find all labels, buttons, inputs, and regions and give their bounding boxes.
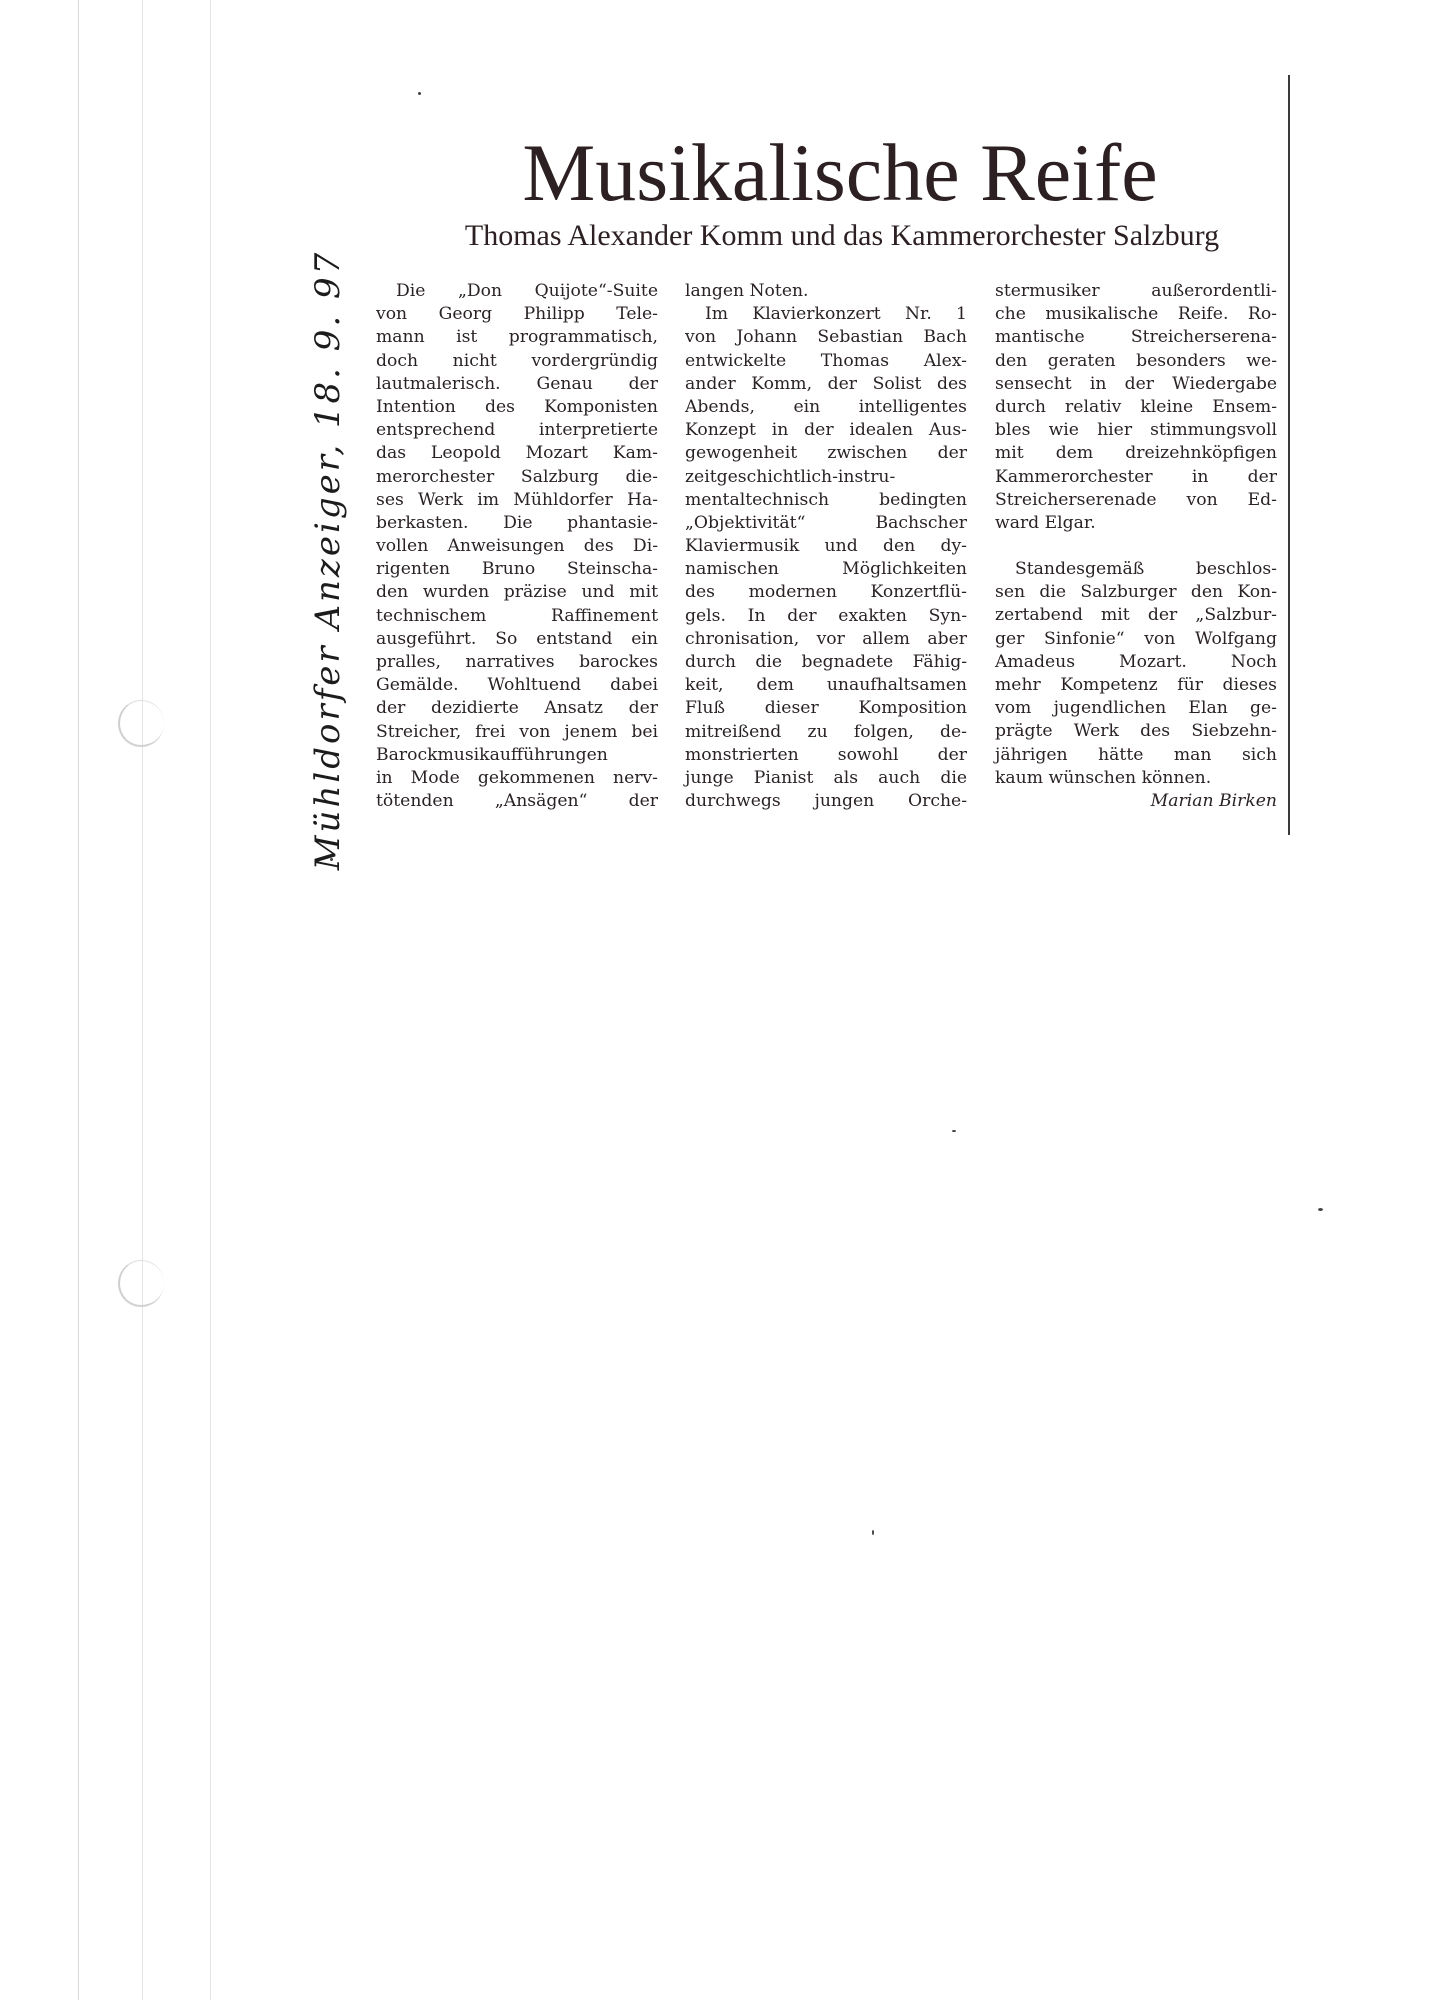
text-line: ward Elgar. [995,512,1277,535]
text-line: keit, dem unaufhaltsamen [685,674,967,697]
text-line: bles wie hier stimmungsvoll [995,419,1277,442]
text-line: tötenden „Ansägen“ der [376,790,658,813]
speck [418,92,421,95]
punch-hole [118,700,164,747]
text-line: lautmalerisch. Genau der [376,373,658,396]
text-line: Im Klavierkonzert Nr. 1 [685,303,967,326]
article-column-1: Die „Don Quijote“-Suite von Georg Philip… [376,280,658,813]
text-line: Abends, ein intelligentes [685,396,967,419]
text-line: jährigen hätte man sich [995,744,1277,767]
column-rule [1288,75,1290,835]
text-line: kaum wünschen können. [995,767,1277,790]
text-line: Gemälde. Wohltuend dabei [376,674,658,697]
text-line: Intention des Komponisten [376,396,658,419]
scan-edge-line [78,0,79,2000]
subheadline: Thomas Alexander Komm und das Kammerorch… [366,218,1318,254]
speck [1318,1208,1323,1211]
text-line: langen Noten. [685,280,967,303]
text-line: Streicherserenade von Ed- [995,489,1277,512]
punch-hole [118,1260,164,1307]
text-line: vollen Anweisungen des Di- [376,535,658,558]
paragraph-gap [995,535,1277,558]
text-line: chronisation, vor allem aber [685,628,967,651]
text-line: sensecht in der Wiedergabe [995,373,1277,396]
text-line: durch relativ kleine Ensem- [995,396,1277,419]
text-line: junge Pianist als auch die [685,767,967,790]
text-line: Kammerorchester in der [995,466,1277,489]
text-line: durch die begnadete Fähig- [685,651,967,674]
text-line: Fluß dieser Komposition [685,697,967,720]
text-line: mann ist programmatisch, [376,326,658,349]
text-line: ses Werk im Mühldorfer Ha- [376,489,658,512]
text-line: Barockmusikaufführungen [376,744,658,767]
text-line: Amadeus Mozart. Noch [995,651,1277,674]
text-line: rigenten Bruno Steinscha- [376,558,658,581]
speck [872,1530,874,1535]
text-line: Streicher, frei von jenem bei [376,721,658,744]
speck [952,1130,956,1132]
text-line: mit dem dreizehnköpfigen [995,442,1277,465]
text-line: den geraten besonders we- [995,350,1277,373]
headline: Musikalische Reife [360,128,1320,218]
scan-edge-line [142,0,143,2000]
text-line: der dezidierte Ansatz der [376,697,658,720]
text-line: Klaviermusik und den dy- [685,535,967,558]
article-column-2: langen Noten. Im Klavierkonzert Nr. 1 vo… [685,280,967,813]
text-line: merorchester Salzburg die- [376,466,658,489]
text-line: mentaltechnisch bedingten [685,489,967,512]
text-line: von Johann Sebastian Bach [685,326,967,349]
text-line: che musikalische Reife. Ro- [995,303,1277,326]
text-line: stermusiker außerordentli- [995,280,1277,303]
text-line: Konzept in der idealen Aus- [685,419,967,442]
text-line: den wurden präzise und mit [376,581,658,604]
text-line: prägte Werk des Siebzehn- [995,720,1277,743]
text-line: in Mode gekommenen nerv- [376,767,658,790]
text-line: pralles, narratives barockes [376,651,658,674]
text-line: das Leopold Mozart Kam- [376,442,658,465]
text-line: sen die Salzburger den Kon- [995,581,1277,604]
text-line: ausgeführt. So entstand ein [376,628,658,651]
text-line: namischen Möglichkeiten [685,558,967,581]
text-line: mehr Kompetenz für dieses [995,674,1277,697]
text-line: ger Sinfonie“ von Wolfgang [995,628,1277,651]
text-line: Die „Don Quijote“-Suite [376,280,658,303]
scan-edge-line [210,0,211,2000]
text-line: des modernen Konzertflü- [685,581,967,604]
author-byline: Marian Birken [995,790,1277,813]
text-line: entwickelte Thomas Alex- [685,350,967,373]
text-line: entsprechend interpretierte [376,419,658,442]
text-line: ander Komm, der Solist des [685,373,967,396]
handwritten-source-note: Mühldorfer Anzeiger, 18. 9. 97 [308,250,348,871]
text-line: monstrierten sowohl der [685,744,967,767]
text-line: vom jugendlichen Elan ge- [995,697,1277,720]
text-line: berkasten. Die phantasie- [376,512,658,535]
text-line: doch nicht vordergründig [376,350,658,373]
text-line: Standesgemäß beschlos- [995,558,1277,581]
text-line: von Georg Philipp Tele- [376,303,658,326]
text-line: gewogenheit zwischen der [685,442,967,465]
text-line: mitreißend zu folgen, de- [685,721,967,744]
text-line: „Objektivität“ Bachscher [685,512,967,535]
text-line: technischem Raffinement [376,605,658,628]
article-column-3: stermusiker außerordentli- che musikalis… [995,280,1277,813]
text-line: zertabend mit der „Salzbur- [995,604,1277,627]
text-line: zeitgeschichtlich-instru- [685,466,967,489]
text-line: gels. In der exakten Syn- [685,605,967,628]
text-line: mantische Streicherserena- [995,326,1277,349]
text-line: durchwegs jungen Orche- [685,790,967,813]
